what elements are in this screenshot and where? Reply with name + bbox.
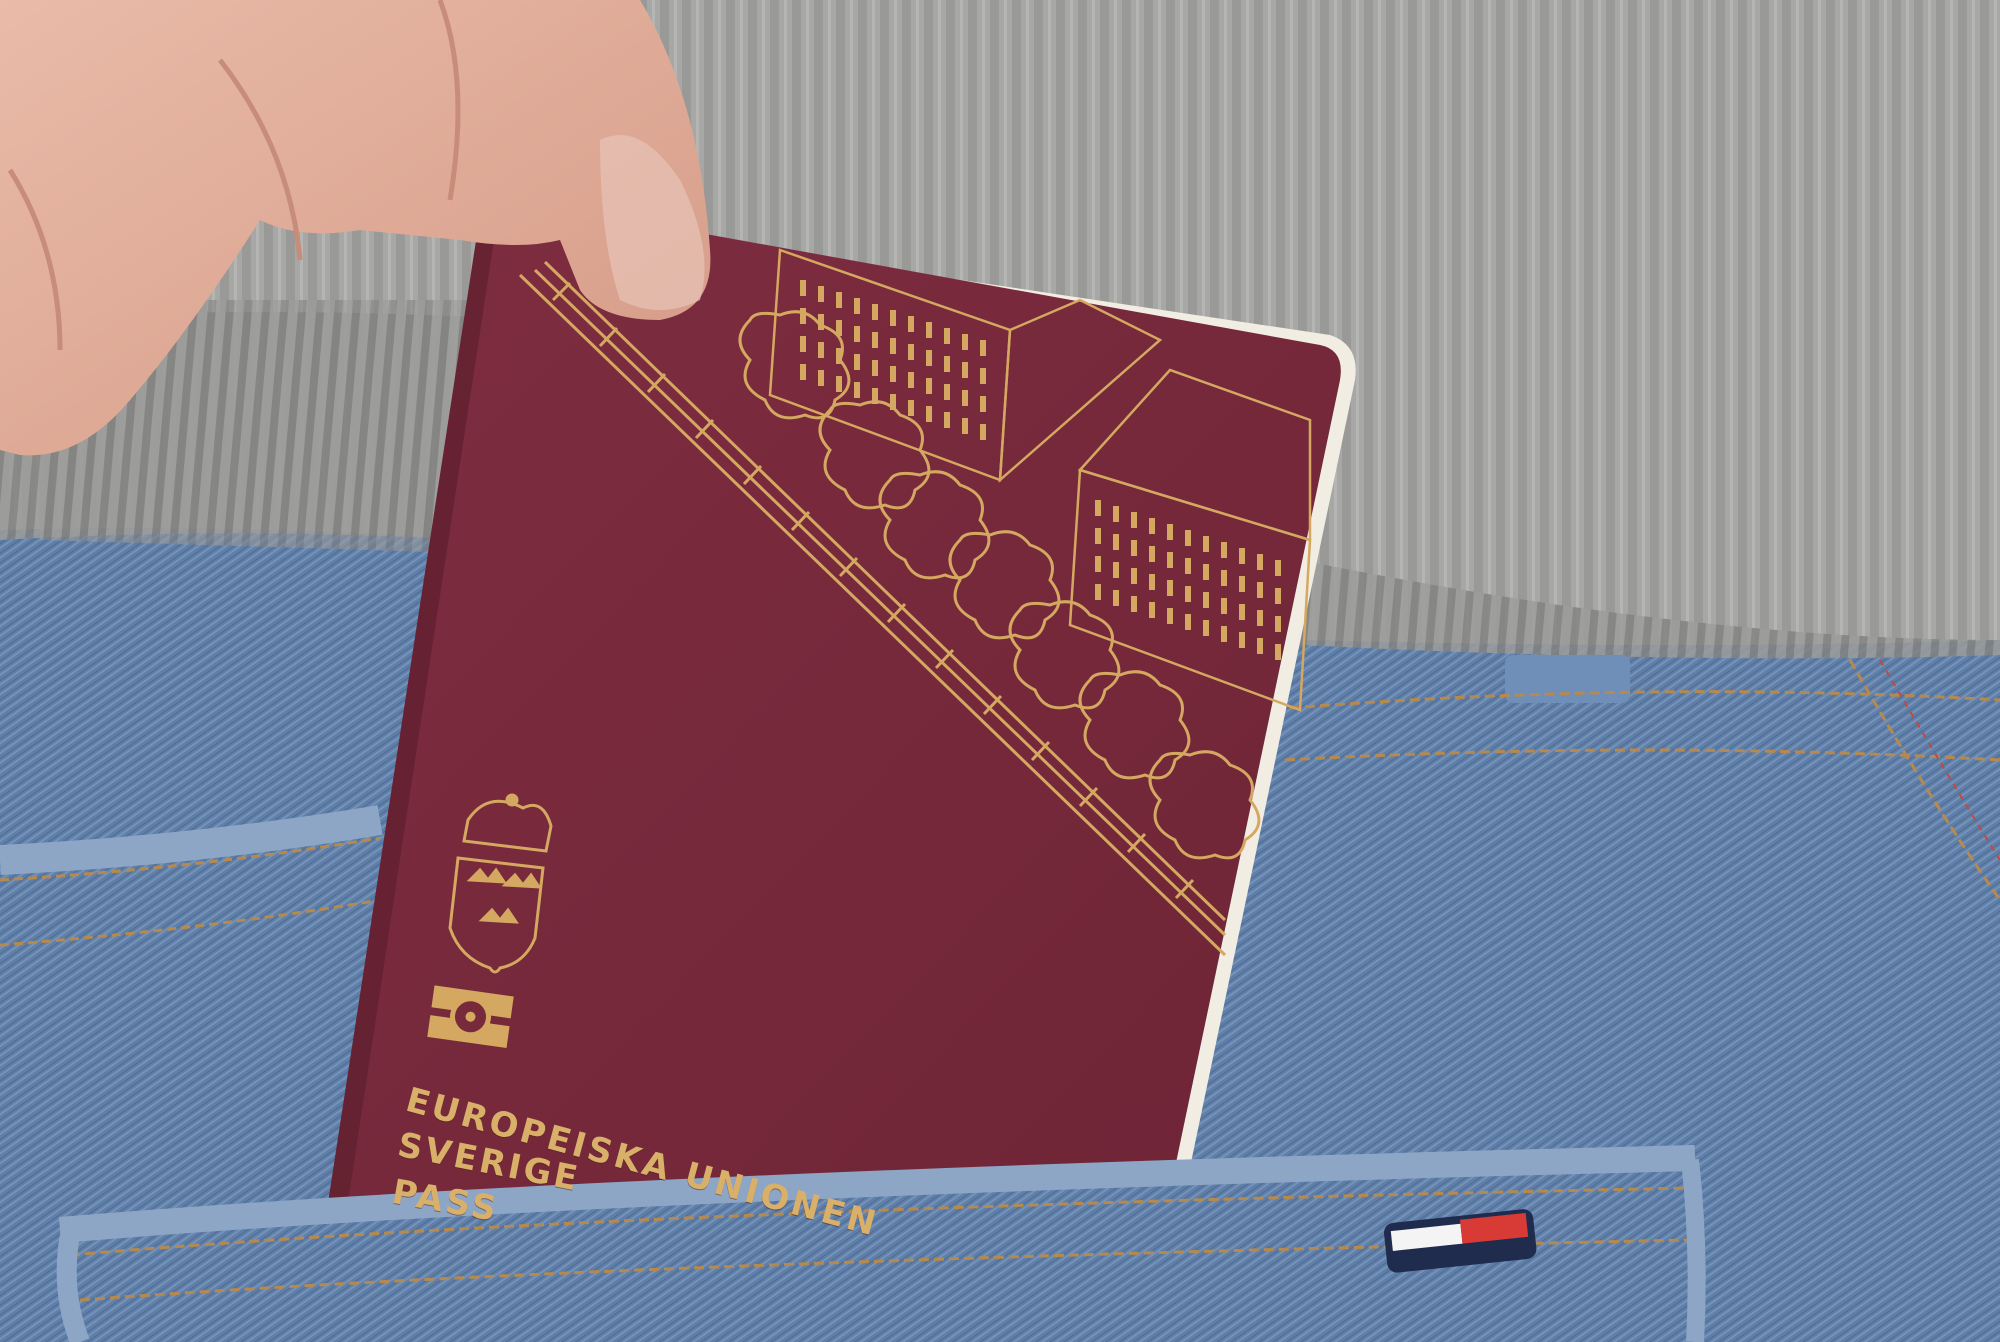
photo-scene: EUROPEISKA UNIONEN SVERIGE PASS bbox=[0, 0, 2000, 1342]
biometric-chip-icon bbox=[427, 985, 513, 1048]
photo-illustration bbox=[0, 0, 2000, 1342]
